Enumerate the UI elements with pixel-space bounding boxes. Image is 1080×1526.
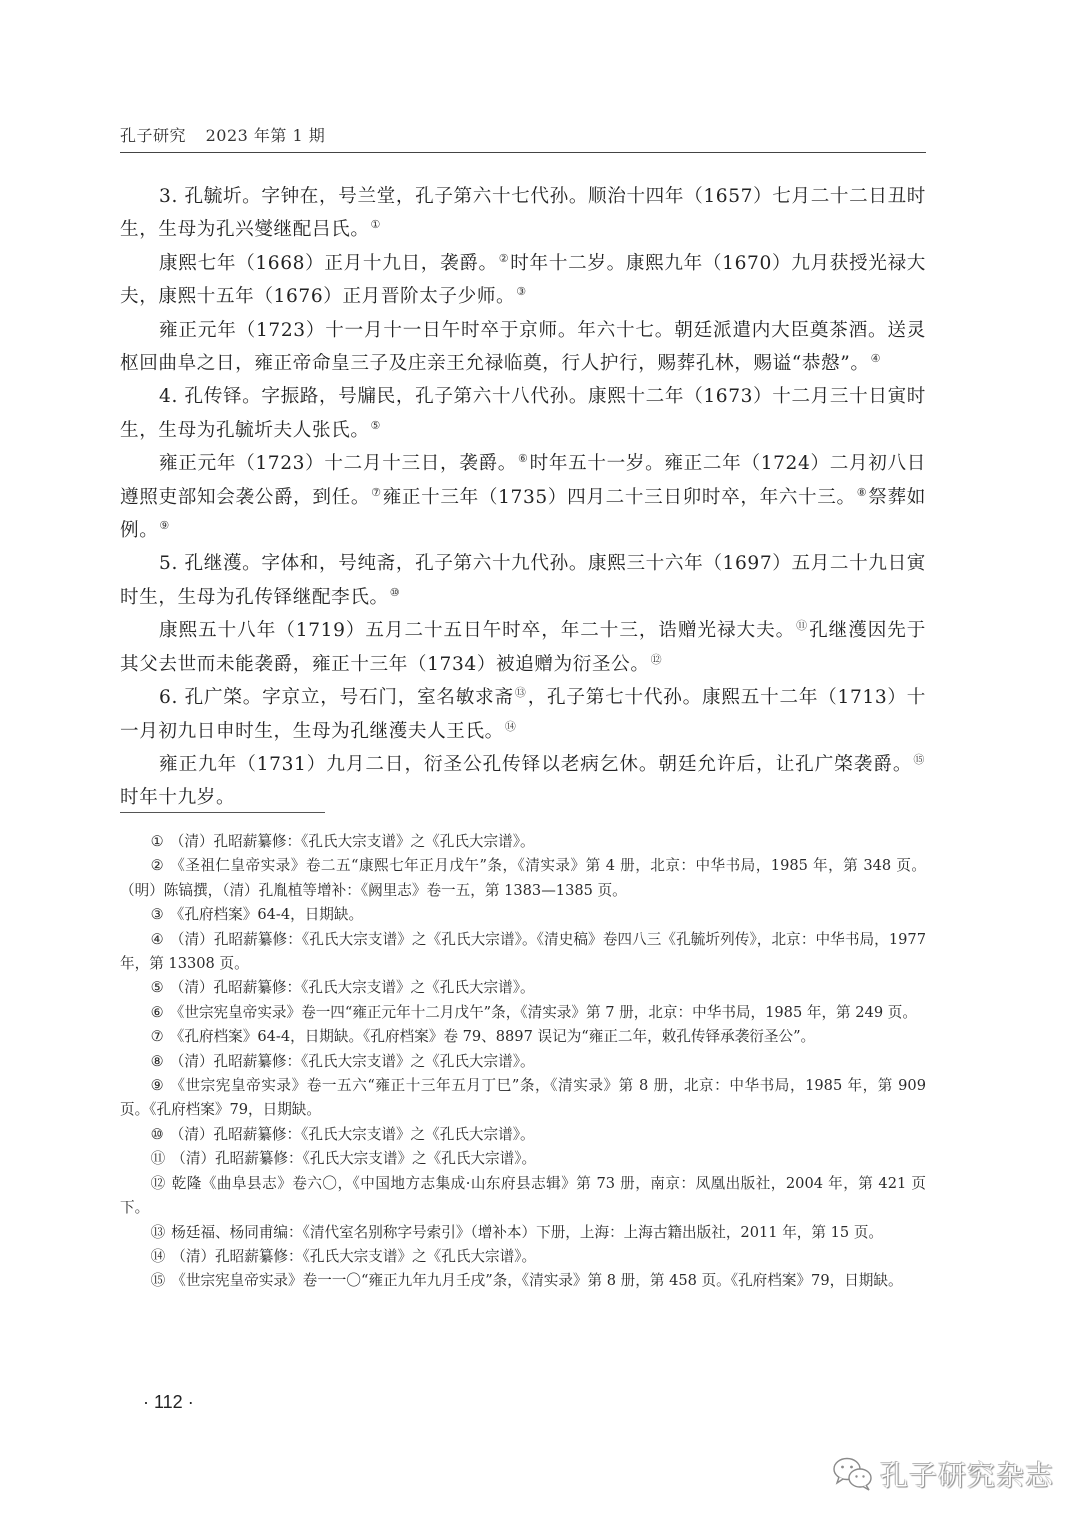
footnote-item: ⑦《孔府档案》64-4，日期缺。《孔府档案》卷 79、8897 误记为“雍正二年… — [120, 1025, 926, 1049]
paragraph-text: 4. 孔传铎。字振路，号牖民，孔子第六十八代孙。康熙十二年（1673）十二月三十… — [120, 386, 926, 440]
footnote-ref[interactable]: ⑨ — [159, 519, 169, 532]
footnote-ref[interactable]: ⑫ — [651, 653, 663, 666]
footnote-item: ⑪（清）孔昭薪纂修：《孔氏大宗支谱》之《孔氏大宗谱》。 — [120, 1147, 926, 1171]
paragraph-text: 康熙五十八年（1719）五月二十五日午时卒，年二十三，诰赠光禄大夫。 — [159, 620, 795, 641]
main-body: 3. 孔毓圻。字钟在，号兰堂，孔子第六十七代孙。顺治十四年（1657）七月二十二… — [120, 180, 926, 815]
paragraph: 3. 孔毓圻。字钟在，号兰堂，孔子第六十七代孙。顺治十四年（1657）七月二十二… — [120, 180, 926, 247]
paragraph-text: 雍正九年（1731）九月二日，衍圣公孔传铎以老病乞休。朝廷允许后，让孔广棨袭爵。 — [159, 754, 912, 775]
footnote-item: ⑩（清）孔昭薪纂修：《孔氏大宗支谱》之《孔氏大宗谱》。 — [120, 1123, 926, 1147]
paragraph: 5. 孔继濩。字体和，号纯斋，孔子第六十九代孙。康熙三十六年（1697）五月二十… — [120, 547, 926, 614]
footnote-item: ⑨《世宗宪皇帝实录》卷一五六“雍正十三年五月丁巳”条，《清实录》第 8 册，北京… — [120, 1074, 926, 1123]
footnote-item: ⑥《世宗宪皇帝实录》卷一四“雍正元年十二月戊午”条，《清实录》第 7 册，北京：… — [120, 1001, 926, 1025]
footnote-item: ⑭（清）孔昭薪纂修：《孔氏大宗支谱》之《孔氏大宗谱》。 — [120, 1245, 926, 1269]
paragraph: 雍正元年（1723）十二月十三日，袭爵。⑥时年五十一岁。雍正二年（1724）二月… — [120, 447, 926, 547]
footnote-ref[interactable]: ⑭ — [505, 720, 517, 733]
footnote-text: （清）孔昭薪纂修：《孔氏大宗支谱》之《孔氏大宗谱》。 — [170, 833, 535, 850]
footnote-mark: ⑧ — [151, 1053, 164, 1070]
footnote-mark: ③ — [151, 906, 164, 923]
paragraph: 康熙五十八年（1719）五月二十五日午时卒，年二十三，诰赠光禄大夫。⑪孔继濩因先… — [120, 614, 926, 681]
footnote-text: 《圣祖仁皇帝实录》卷二五“康熙七年正月戊午”条，《清实录》第 4 册，北京：中华… — [120, 857, 926, 898]
footnote-text: （清）孔昭薪纂修：《孔氏大宗支谱》之《孔氏大宗谱》。 — [170, 979, 535, 996]
footnote-divider — [120, 812, 325, 813]
paragraph: 4. 孔传铎。字振路，号牖民，孔子第六十八代孙。康熙十二年（1673）十二月三十… — [120, 380, 926, 447]
footnote-ref[interactable]: ⑥ — [518, 452, 529, 465]
footnote-mark: ⑪ — [151, 1150, 166, 1167]
footnote-text: （清）孔昭薪纂修：《孔氏大宗支谱》之《孔氏大宗谱》。 — [170, 1126, 535, 1143]
footnote-item: ③《孔府档案》64-4，日期缺。 — [120, 903, 926, 927]
footnote-mark: ⑫ — [151, 1175, 166, 1192]
footnote-text: （清）孔昭薪纂修：《孔氏大宗支谱》之《孔氏大宗谱》。 — [170, 1053, 535, 1070]
footnote-text: 《世宗宪皇帝实录》卷一四“雍正元年十二月戊午”条，《清实录》第 7 册，北京：中… — [170, 1004, 917, 1021]
footnote-mark: ④ — [151, 931, 164, 948]
footnote-text: 《孔府档案》64-4，日期缺。 — [170, 906, 363, 923]
footnote-item: ①（清）孔昭薪纂修：《孔氏大宗支谱》之《孔氏大宗谱》。 — [120, 830, 926, 854]
footnote-item: ②《圣祖仁皇帝实录》卷二五“康熙七年正月戊午”条，《清实录》第 4 册，北京：中… — [120, 854, 926, 903]
footnote-text: 杨廷福、杨同甫编：《清代室名别称字号索引》（增补本）下册，上海：上海古籍出版社，… — [171, 1224, 883, 1241]
footnote-mark: ⑤ — [151, 979, 164, 996]
footnote-item: ④（清）孔昭薪纂修：《孔氏大宗支谱》之《孔氏大宗谱》。《清史稿》卷四八三《孔毓圻… — [120, 928, 926, 977]
paragraph-text: 康熙七年（1668）正月十九日，袭爵。 — [159, 253, 498, 274]
footnote-ref[interactable]: ⑤ — [371, 419, 381, 432]
footnote-text: 《世宗宪皇帝实录》卷一一〇“雍正九年九月壬戌”条，《清实录》第 8 册，第 45… — [171, 1272, 902, 1289]
wechat-icon — [832, 1456, 874, 1492]
footnote-mark: ② — [151, 857, 165, 874]
footnote-item: ⑫乾隆《曲阜县志》卷六〇，《中国地方志集成·山东府县志辑》第 73 册，南京：凤… — [120, 1172, 926, 1221]
footnote-item: ⑧（清）孔昭薪纂修：《孔氏大宗支谱》之《孔氏大宗谱》。 — [120, 1050, 926, 1074]
footnote-item: ⑤（清）孔昭薪纂修：《孔氏大宗支谱》之《孔氏大宗谱》。 — [120, 976, 926, 1000]
footnote-text: （清）孔昭薪纂修：《孔氏大宗支谱》之《孔氏大宗谱》。《清史稿》卷四八三《孔毓圻列… — [120, 931, 926, 972]
running-header: 孔子研究 2023 年第 1 期 — [120, 126, 926, 153]
footnote-mark: ⑮ — [151, 1272, 166, 1289]
footnote-mark: ① — [151, 833, 164, 850]
footnote-ref[interactable]: ⑩ — [390, 586, 400, 599]
paragraph: 康熙七年（1668）正月十九日，袭爵。②时年十二岁。康熙九年（1670）九月获授… — [120, 247, 926, 314]
wechat-watermark: 孔子研究杂志 — [832, 1454, 1054, 1494]
footnote-mark: ⑬ — [151, 1224, 166, 1241]
paragraph-text: 6. 孔广棨。字京立，号石门，室名敏求斋 — [159, 687, 514, 708]
footnote-mark: ⑨ — [151, 1077, 165, 1094]
footnote-ref[interactable]: ③ — [516, 285, 526, 298]
footnote-text: （清）孔昭薪纂修：《孔氏大宗支谱》之《孔氏大宗谱》。 — [171, 1150, 536, 1167]
watermark-text: 孔子研究杂志 — [880, 1454, 1054, 1494]
footnote-ref[interactable]: ⑬ — [515, 686, 527, 699]
footnote-ref[interactable]: ④ — [871, 352, 881, 365]
footnote-ref[interactable]: ⑪ — [796, 619, 808, 632]
issue-label: 2023 年第 1 期 — [206, 126, 326, 145]
footnote-item: ⑬杨廷福、杨同甫编：《清代室名别称字号索引》（增补本）下册，上海：上海古籍出版社… — [120, 1221, 926, 1245]
footnote-text: 《孔府档案》64-4，日期缺。《孔府档案》卷 79、8897 误记为“雍正二年，… — [170, 1028, 815, 1045]
footnote-mark: ⑦ — [151, 1028, 164, 1045]
paragraph-text: 5. 孔继濩。字体和，号纯斋，孔子第六十九代孙。康熙三十六年（1697）五月二十… — [120, 553, 926, 607]
footnote-ref[interactable]: ① — [371, 218, 381, 231]
footnote-ref[interactable]: ⑧ — [857, 486, 868, 499]
paragraph: 雍正九年（1731）九月二日，衍圣公孔传铎以老病乞休。朝廷允许后，让孔广棨袭爵。… — [120, 748, 926, 815]
footnote-mark: ⑩ — [151, 1126, 164, 1143]
paragraph-text: 雍正元年（1723）十二月十三日，袭爵。 — [159, 453, 517, 474]
paragraph: 6. 孔广棨。字京立，号石门，室名敏求斋⑬，孔子第七十代孙。康熙五十二年（171… — [120, 681, 926, 748]
footnote-item: ⑮《世宗宪皇帝实录》卷一一〇“雍正九年九月壬戌”条，《清实录》第 8 册，第 4… — [120, 1269, 926, 1293]
footnote-text: 《世宗宪皇帝实录》卷一五六“雍正十三年五月丁巳”条，《清实录》第 8 册，北京：… — [120, 1077, 926, 1118]
page-number: · 112 · — [143, 1392, 194, 1413]
footnote-mark: ⑭ — [151, 1248, 166, 1265]
paragraph-text: 雍正十三年（1735）四月二十三日卯时卒，年六十三。 — [383, 487, 856, 508]
footnote-ref[interactable]: ⑮ — [913, 753, 925, 766]
footnote-text: 乾隆《曲阜县志》卷六〇，《中国地方志集成·山东府县志辑》第 73 册，南京：凤凰… — [120, 1175, 926, 1216]
paragraph-text: 3. 孔毓圻。字钟在，号兰堂，孔子第六十七代孙。顺治十四年（1657）七月二十二… — [120, 186, 926, 240]
paragraph: 雍正元年（1723）十一月十一日午时卒于京师。年六十七。朝廷派遣内大臣奠茶酒。送… — [120, 314, 926, 381]
footnote-ref[interactable]: ② — [499, 252, 510, 265]
footnote-mark: ⑥ — [151, 1004, 164, 1021]
paragraph-text: 时年十九岁。 — [120, 787, 235, 808]
paragraph-text: 雍正元年（1723）十一月十一日午时卒于京师。年六十七。朝廷派遣内大臣奠茶酒。送… — [120, 320, 926, 374]
journal-name: 孔子研究 — [120, 126, 186, 145]
footnotes: ①（清）孔昭薪纂修：《孔氏大宗支谱》之《孔氏大宗谱》。 ②《圣祖仁皇帝实录》卷二… — [120, 830, 926, 1294]
footnote-ref[interactable]: ⑦ — [371, 486, 382, 499]
footnote-text: （清）孔昭薪纂修：《孔氏大宗支谱》之《孔氏大宗谱》。 — [171, 1248, 536, 1265]
